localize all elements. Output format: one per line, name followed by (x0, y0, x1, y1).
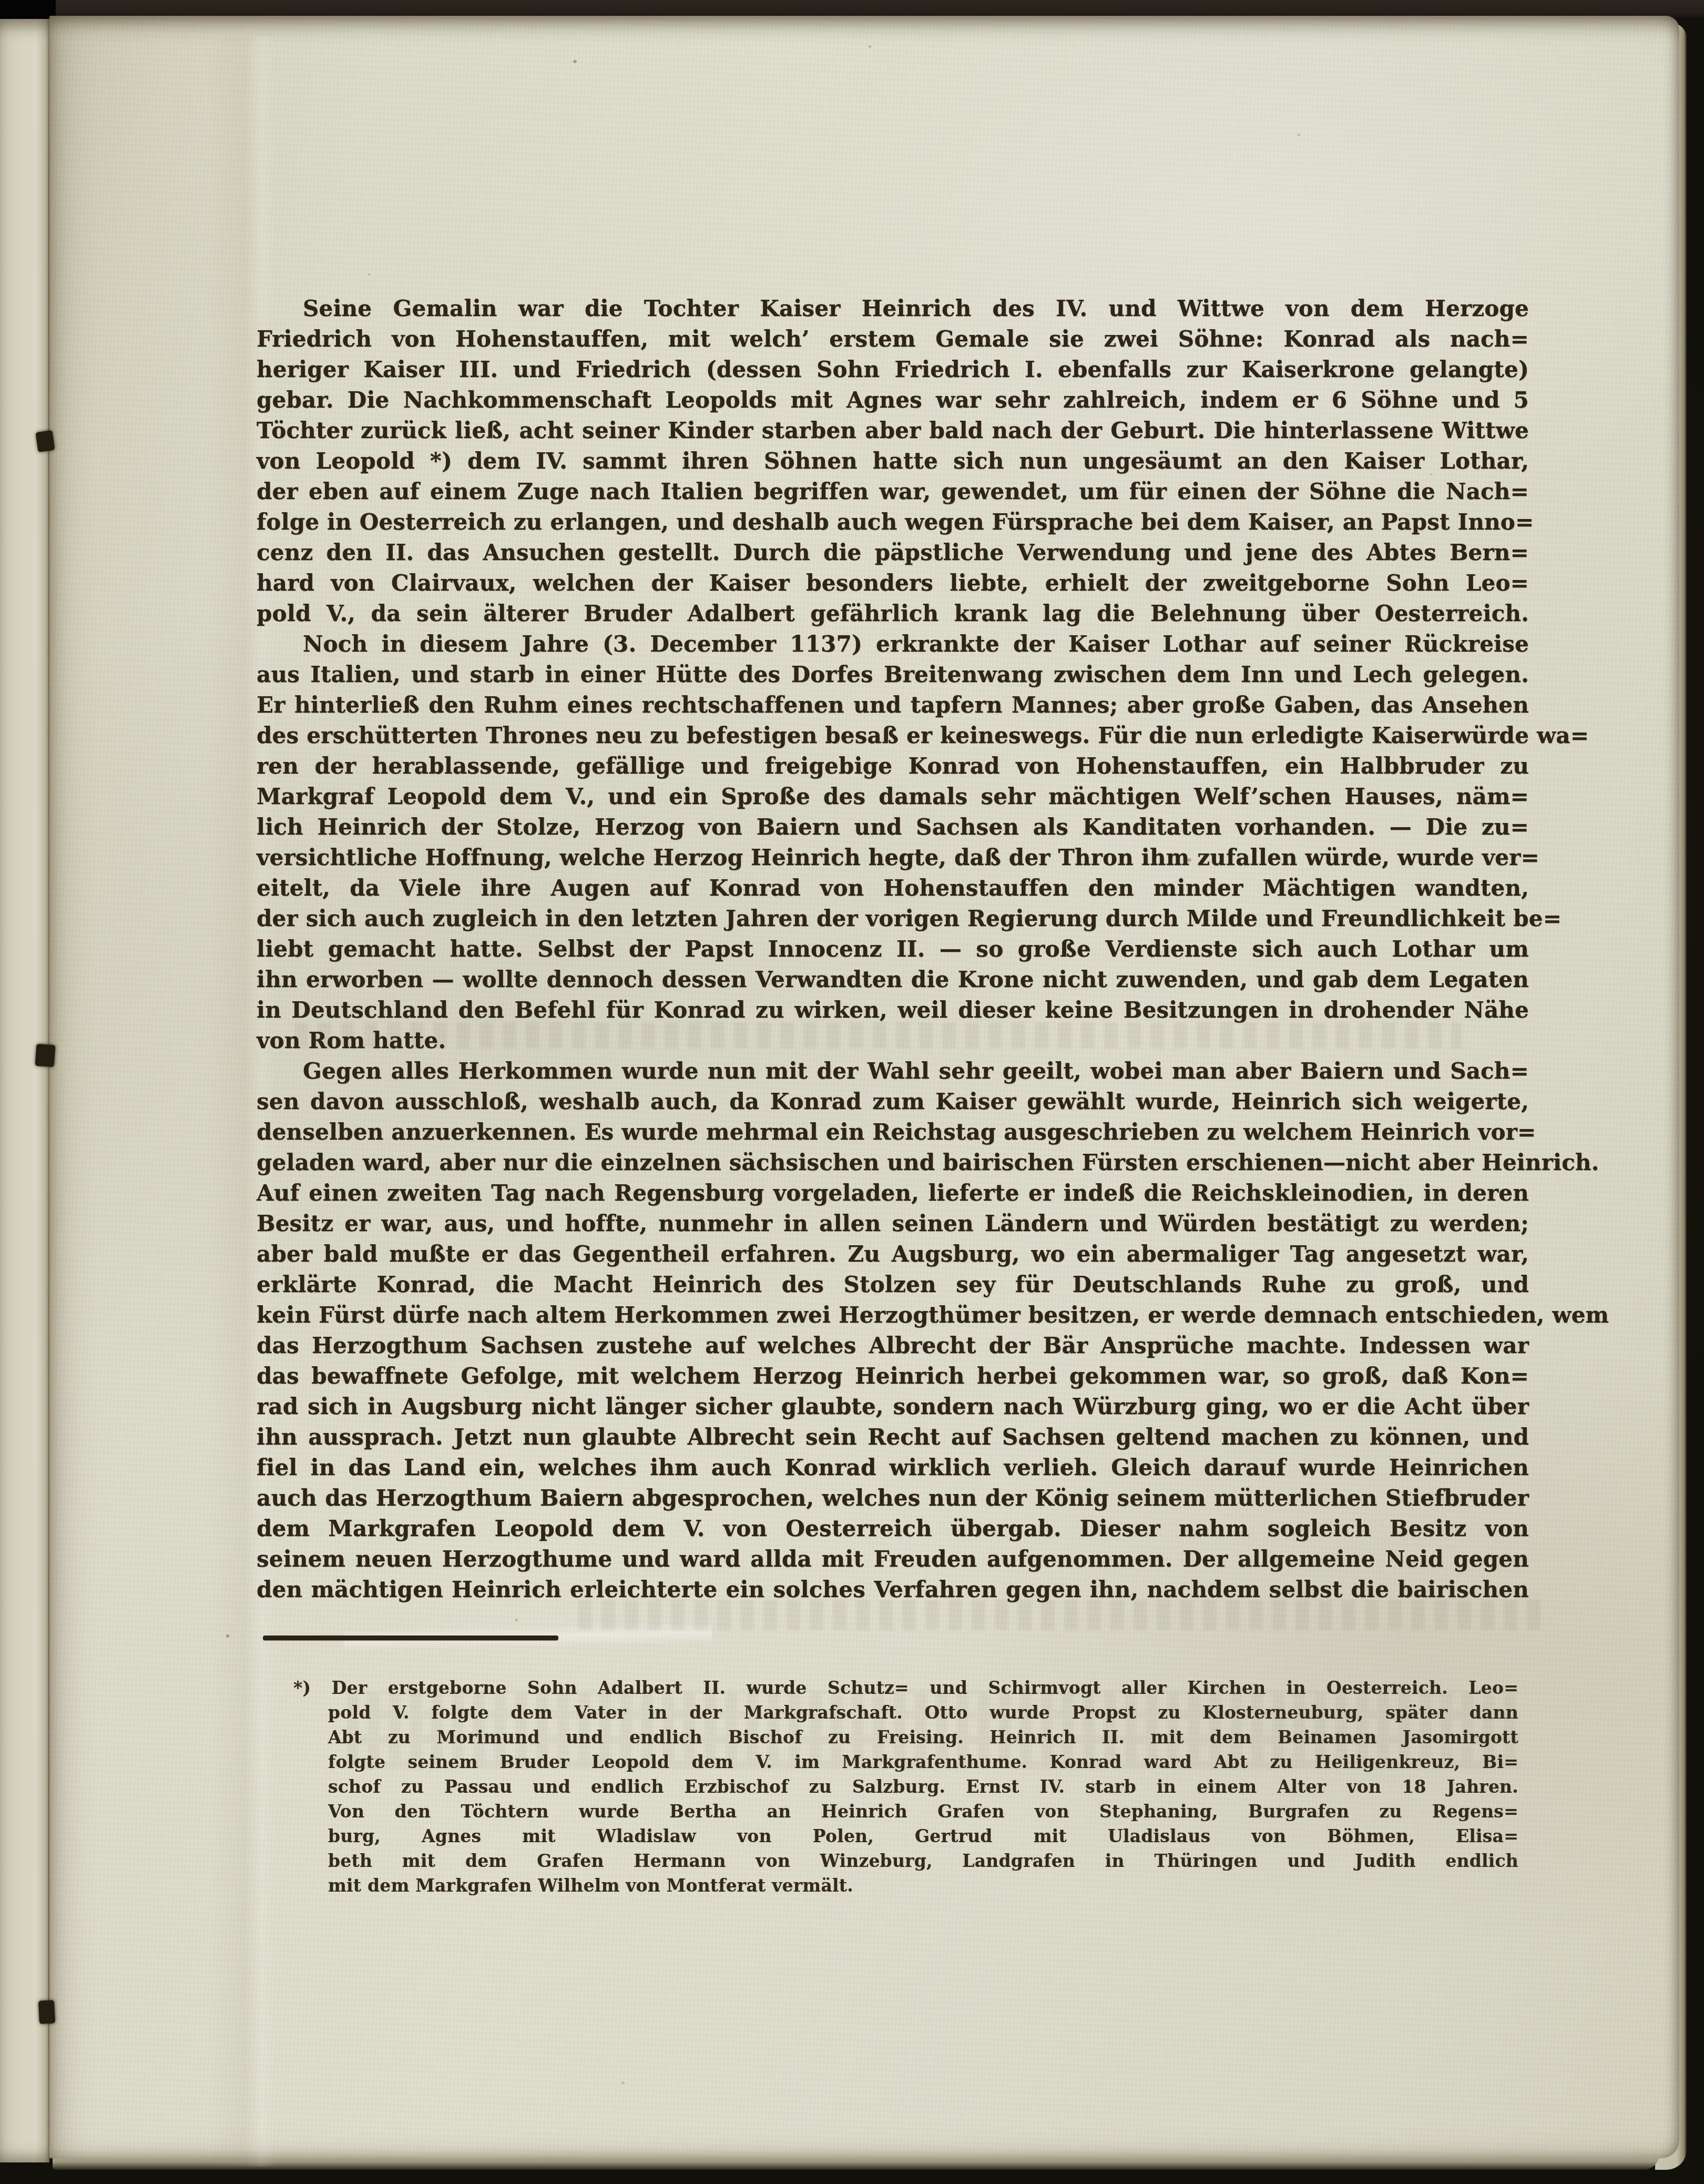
text-line: das Herzogthum Sachsen zustehe auf welch… (257, 1330, 1529, 1361)
text-line: pold V. folgte dem Vater in der Markgraf… (328, 1700, 1518, 1725)
text-line: mit dem Markgrafen Wilhelm von Montferat… (328, 1873, 1518, 1898)
foxing-speck (573, 60, 577, 63)
text-line: fiel in das Land ein, welches ihm auch K… (257, 1452, 1529, 1483)
text-line: folge in Oesterreich zu erlangen, und de… (257, 507, 1529, 537)
text-line: in Deutschland den Befehl für Konrad zu … (257, 995, 1529, 1025)
foxing-speck (282, 1190, 284, 1192)
text-line: folgte seinem Bruder Leopold dem V. im M… (328, 1750, 1518, 1774)
footnote-separator-rule (263, 1636, 558, 1640)
text-line: Auf einen zweiten Tag nach Regensburg vo… (257, 1178, 1529, 1208)
text-line: von Rom hatte. (257, 1025, 1529, 1056)
text-line: Seine Gemalin war die Tochter Kaiser Hei… (257, 293, 1529, 324)
text-line: denselben anzuerkennen. Es wurde mehrmal… (257, 1117, 1529, 1147)
text-line: Töchter zurück ließ, acht seiner Kinder … (257, 415, 1529, 446)
binding-stitch-hole (36, 430, 55, 452)
text-line: eitelt, da Viele ihre Augen auf Konrad v… (257, 873, 1529, 903)
text-line: auch das Herzogthum Baiern abgesprochen,… (257, 1483, 1529, 1513)
foxing-speck (869, 45, 871, 48)
text-line: seinem neuen Herzogthume und ward allda … (257, 1544, 1529, 1574)
body-paragraph: Gegen alles Herkommen wurde nun mit der … (257, 1056, 1529, 1605)
foxing-speck (1298, 134, 1300, 136)
text-line: Abt zu Morimund und endlich Bischof zu F… (328, 1725, 1518, 1750)
text-line: liebt gemacht hatte. Selbst der Papst In… (257, 934, 1529, 964)
text-line: Von den Töchtern wurde Bertha an Heinric… (328, 1799, 1518, 1824)
text-line: sen davon ausschloß, weshalb auch, da Ko… (257, 1086, 1529, 1117)
foxing-speck (621, 2081, 625, 2084)
text-line: schof zu Passau und endlich Erzbischof z… (328, 1774, 1518, 1799)
text-line: *) Der erstgeborne Sohn Adalbert II. wur… (293, 1675, 1518, 1700)
footnote-block: *) Der erstgeborne Sohn Adalbert II. wur… (293, 1675, 1518, 1898)
text-line: burg, Agnes mit Wladislaw von Polen, Ger… (328, 1824, 1518, 1848)
text-line: Markgraf Leopold dem V., und ein Sproße … (257, 781, 1529, 812)
text-line: beth mit dem Grafen Hermann von Winzebur… (328, 1848, 1518, 1873)
text-line: versichtliche Hoffnung, welche Herzog He… (257, 842, 1529, 873)
text-line: heriger Kaiser III. und Friedrich (desse… (257, 354, 1529, 385)
text-line: des erschütterten Thrones neu zu befesti… (257, 720, 1529, 751)
ink-dot (226, 1634, 229, 1638)
text-line: cenz den II. das Ansuchen gestellt. Durc… (257, 537, 1529, 568)
text-line: ihn aussprach. Jetzt nun glaubte Albrech… (257, 1422, 1529, 1452)
text-line: aus Italien, und starb in einer Hütte de… (257, 659, 1529, 690)
foxing-speck (1083, 1221, 1086, 1224)
text-line: rad sich in Augsburg nicht länger sicher… (257, 1391, 1529, 1422)
text-line: der eben auf einem Zuge nach Italien beg… (257, 476, 1529, 507)
text-line: Friedrich von Hohenstauffen, mit welch’ … (257, 324, 1529, 354)
text-line: Noch in diesem Jahre (3. December 1137) … (257, 629, 1529, 659)
binding-stitch-hole (35, 1044, 56, 1067)
text-line: pold V., da sein älterer Bruder Adalbert… (257, 598, 1529, 629)
foxing-speck (515, 1619, 518, 1621)
main-text-block: Seine Gemalin war die Tochter Kaiser Hei… (257, 293, 1529, 1605)
text-line: gebar. Die Nachkommenschaft Leopolds mit… (257, 385, 1529, 415)
facing-page-fold (0, 19, 49, 2162)
text-line: kein Fürst dürfe nach altem Herkommen zw… (257, 1300, 1529, 1330)
book-cover-top-edge (0, 0, 1704, 18)
foxing-speck (1430, 473, 1433, 475)
text-line: erklärte Konrad, die Macht Heinrich des … (257, 1269, 1529, 1300)
text-line: lich Heinrich der Stolze, Herzog von Bai… (257, 812, 1529, 842)
text-line: hard von Clairvaux, welchen der Kaiser b… (257, 568, 1529, 598)
text-line: von Leopold *) dem IV. sammt ihren Söhne… (257, 446, 1529, 476)
body-paragraph: Seine Gemalin war die Tochter Kaiser Hei… (257, 293, 1529, 629)
text-line: das bewaffnete Gefolge, mit welchem Herz… (257, 1361, 1529, 1391)
text-line: aber bald mußte er das Gegentheil erfahr… (257, 1239, 1529, 1269)
text-line: Gegen alles Herkommen wurde nun mit der … (257, 1056, 1529, 1086)
text-line: geladen ward, aber nur die einzelnen säc… (257, 1147, 1529, 1178)
foxing-speck (1187, 858, 1191, 862)
text-line: dem Markgrafen Leopold dem V. von Oester… (257, 1513, 1529, 1544)
text-line: der sich auch zugleich in den letzten Ja… (257, 903, 1529, 934)
body-paragraph: Noch in diesem Jahre (3. December 1137) … (257, 629, 1529, 1056)
text-line: Er hinterließ den Ruhm eines rechtschaff… (257, 690, 1529, 720)
text-line: ihn erworben — wollte dennoch dessen Ver… (257, 964, 1529, 995)
text-line: den mächtigen Heinrich erleichterte ein … (257, 1574, 1529, 1605)
text-line: ren der herablassende, gefällige und fre… (257, 751, 1529, 781)
foxing-speck (368, 273, 371, 276)
foxing-speck (1514, 1857, 1517, 1860)
text-line: Besitz er war, aus, und hoffte, nunmehr … (257, 1208, 1529, 1239)
binding-stitch-hole (38, 2000, 55, 2024)
